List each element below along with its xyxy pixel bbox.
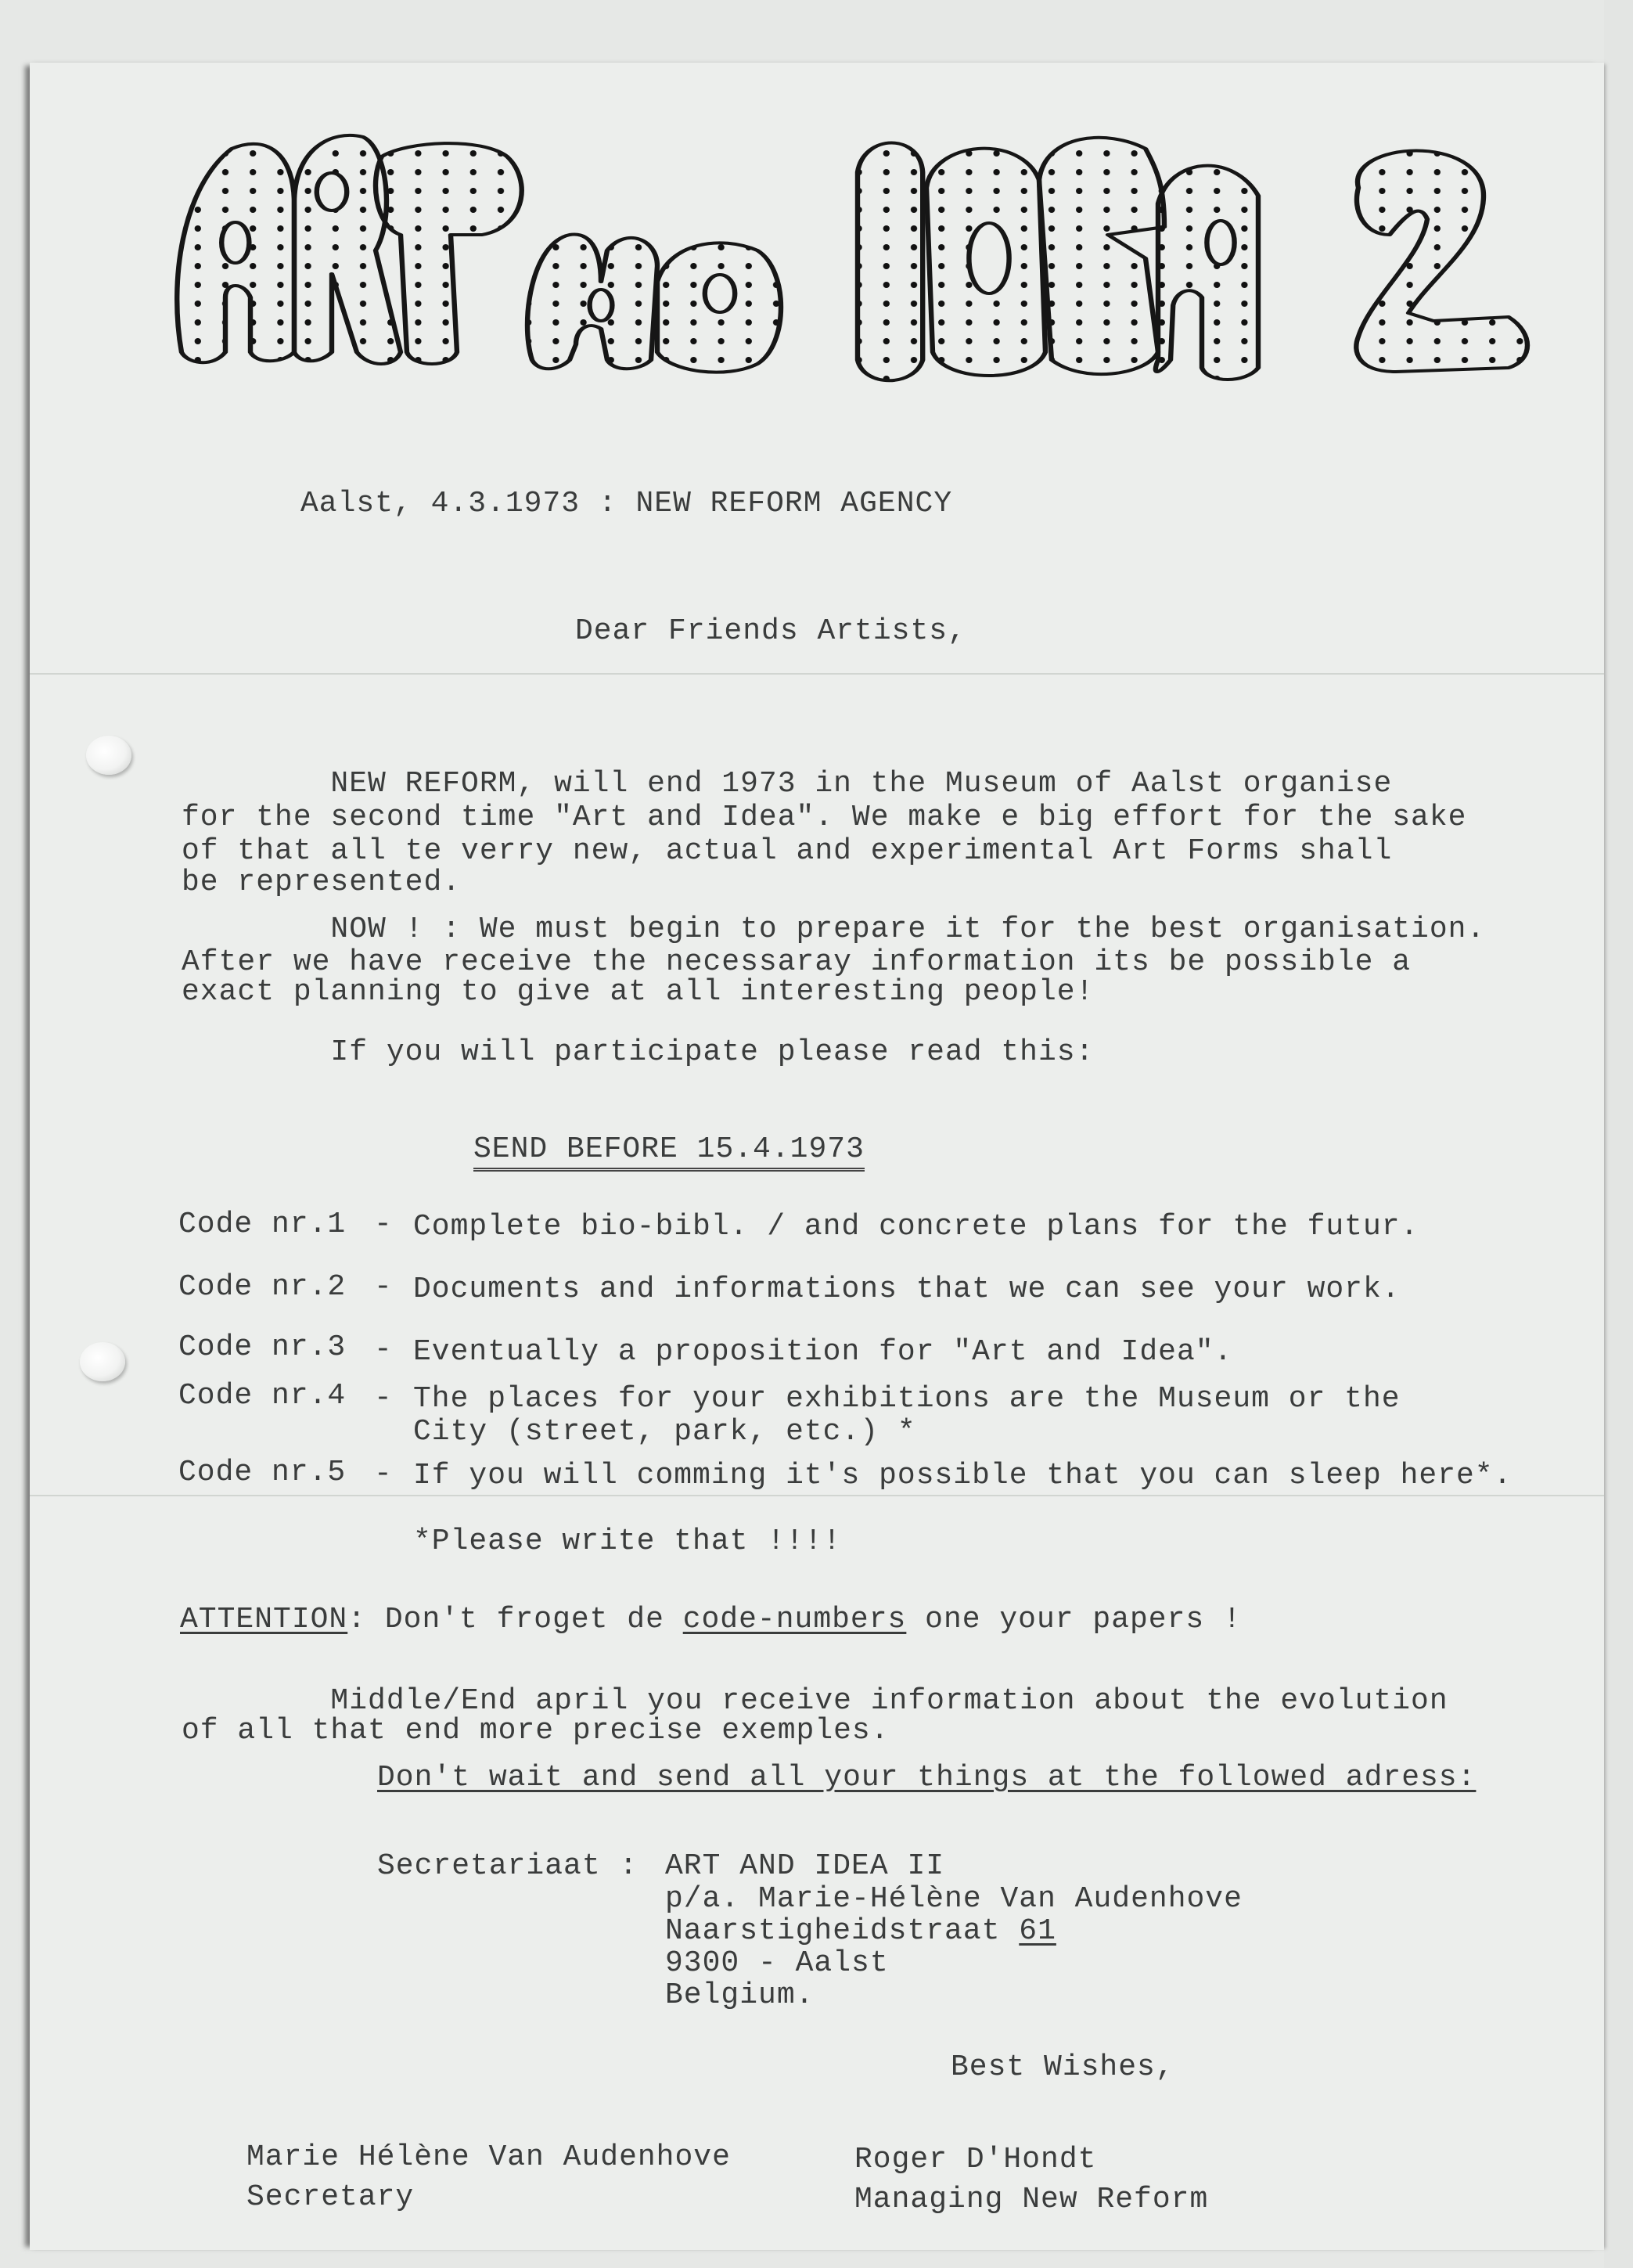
code-numbers-emphasis: code-numbers — [683, 1603, 907, 1636]
fold-line — [30, 1495, 1604, 1496]
letter-header: Aalst, 4.3.1973 : NEW REFORM AGENCY — [300, 487, 952, 520]
art-and-idea-logo — [156, 125, 1633, 391]
send-instruction: Don't wait and send all your things at t… — [377, 1761, 1476, 1795]
street-number: 61 — [1019, 1914, 1056, 1948]
attention-label: ATTENTION — [180, 1603, 347, 1636]
deadline-heading: SEND BEFORE 15.4.1973 — [473, 1132, 865, 1172]
participate-line: If you will participate please read this… — [182, 1035, 1094, 1069]
punch-hole — [80, 1342, 125, 1381]
greeting: Dear Friends Artists, — [575, 614, 966, 648]
punch-hole — [86, 736, 131, 775]
attention-line: ATTENTION: Don't froget de code-numbers … — [180, 1603, 1242, 1636]
address-label: Secretariaat : — [377, 1849, 638, 1883]
fold-line — [30, 673, 1604, 675]
footnote: *Please write that !!!! — [413, 1525, 842, 1558]
closing: Best Wishes, — [951, 2050, 1174, 2084]
